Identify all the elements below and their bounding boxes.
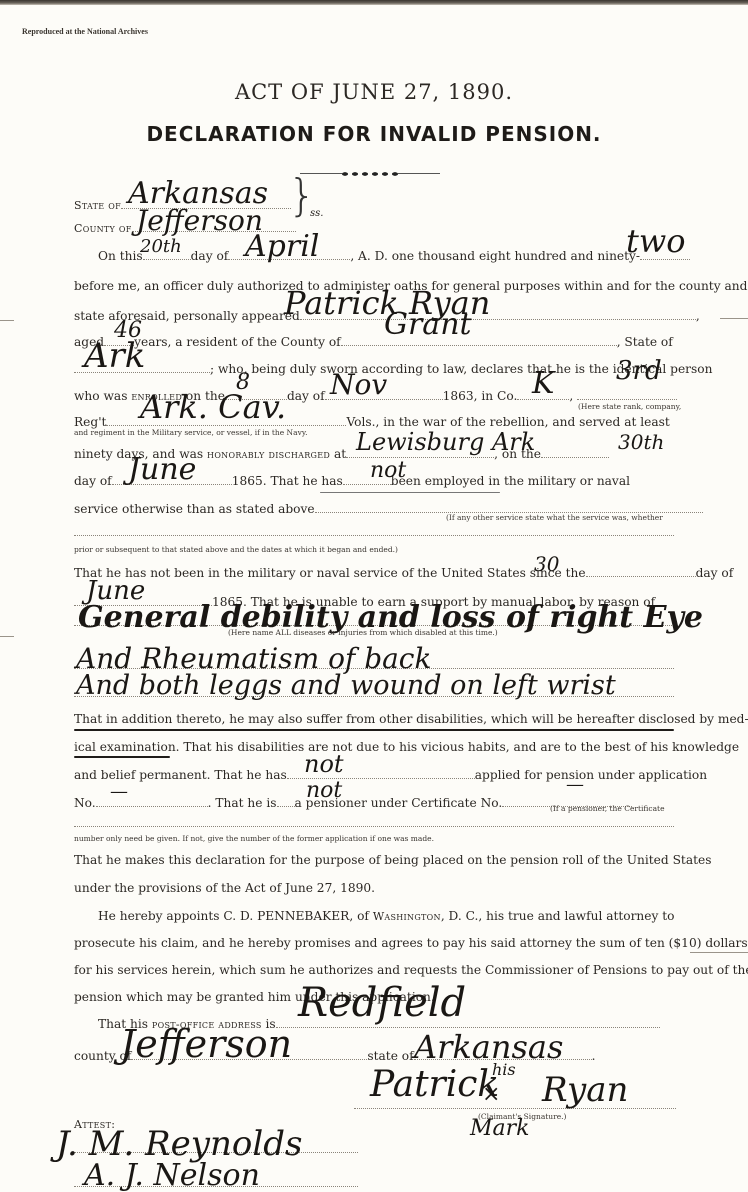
regiment-hint: and regiment in the Military service, or… [74, 428, 307, 437]
ink-underline-1 [74, 729, 674, 731]
service-blank-line [74, 535, 674, 536]
rank-hint: (Here state rank, company, [578, 402, 681, 411]
discharge-place-value: Lewisburg Ark [356, 428, 535, 456]
margin-mark [0, 320, 14, 321]
enrolled-month-value: Nov [330, 368, 387, 401]
since-line: That he has not been in the military or … [74, 565, 733, 580]
certificate-no-value: — [566, 774, 584, 795]
attorney-line-2: prosecute his claim, and he hereby promi… [74, 936, 748, 950]
archive-note: Reproduced at the National Archives [22, 27, 148, 36]
attorney-line-3: for his services herein, which sum he au… [74, 963, 748, 977]
service-hint-2: prior or subsequent to that stated above… [74, 545, 398, 554]
pensioner-value: not [306, 778, 342, 803]
aged-line: agedyears, a resident of the County of, … [74, 334, 673, 349]
disability-value-3: And both leggs and wound on left wrist [76, 670, 616, 701]
purpose-line-2: under the provisions of the Act of June … [74, 881, 375, 895]
addition-line-2: ical examination. That his disabilities … [74, 740, 739, 754]
company-value: K [532, 366, 554, 401]
applied-value: not [304, 750, 344, 778]
margin-mark [690, 952, 748, 953]
ss-label: ss. [310, 208, 323, 219]
resident-county-value: Grant [384, 307, 472, 342]
pencil-underline [320, 492, 500, 493]
signature-mark-x: × [482, 1082, 500, 1107]
applied-line: and belief permanent. That he hasapplied… [74, 767, 707, 782]
certificate-blank-line [74, 826, 674, 827]
day-value: 20th [140, 236, 182, 257]
county-value: Jefferson [136, 204, 263, 237]
signature-mark: Mark [470, 1116, 530, 1141]
service-hint: (If any other service state what the ser… [446, 513, 663, 522]
signature-his: his [492, 1060, 516, 1079]
certificate-hint-2: number only need be given. If not, give … [74, 834, 434, 843]
rank-value: 3rd [616, 356, 662, 386]
month-value: April [245, 229, 319, 264]
signature-last: Ryan [542, 1070, 628, 1110]
ink-underline-2 [74, 756, 170, 758]
act-title: ACT OF JUNE 27, 1890. [0, 80, 748, 104]
certificate-hint: (If a pensioner, the Certificate [550, 804, 665, 813]
signature-first: Patrick [370, 1064, 499, 1105]
declaration-title: DECLARATION FOR INVALID PENSION. [0, 122, 748, 146]
addition-line-1: That in addition thereto, he may also su… [74, 712, 748, 726]
purpose-line-1: That he makes this declaration for the p… [74, 853, 711, 867]
employed-value: not [370, 458, 406, 483]
margin-mark [720, 318, 748, 319]
address-county-value: Jefferson [120, 1022, 292, 1066]
since-day-value: 30 [534, 552, 559, 576]
regiment-value: Ark. Cav. [140, 388, 286, 426]
discharge-month-value: June [128, 452, 196, 487]
margin-mark [0, 636, 14, 637]
address-state-value: Arkansas [414, 1028, 563, 1066]
ornament-divider [300, 171, 440, 177]
top-border-rule [0, 0, 748, 5]
year-value: two [626, 222, 686, 260]
disability-hint: (Here name ALL diseases or injuries from… [228, 628, 498, 637]
date-line: On thisday of, A. D. one thousand eight … [98, 248, 690, 263]
resident-state-value: Ark [84, 336, 145, 376]
discharge-day-value: 30th [618, 430, 664, 454]
town-value: Redfield [298, 980, 466, 1026]
witness-2: A. J. Nelson [84, 1158, 260, 1192]
application-no-line: No.. That he isa pensioner under Certifi… [74, 795, 632, 810]
attorney-line-1: He hereby appoints C. D. PENNEBAKER, of … [98, 909, 675, 923]
application-no-value: — [110, 781, 128, 802]
